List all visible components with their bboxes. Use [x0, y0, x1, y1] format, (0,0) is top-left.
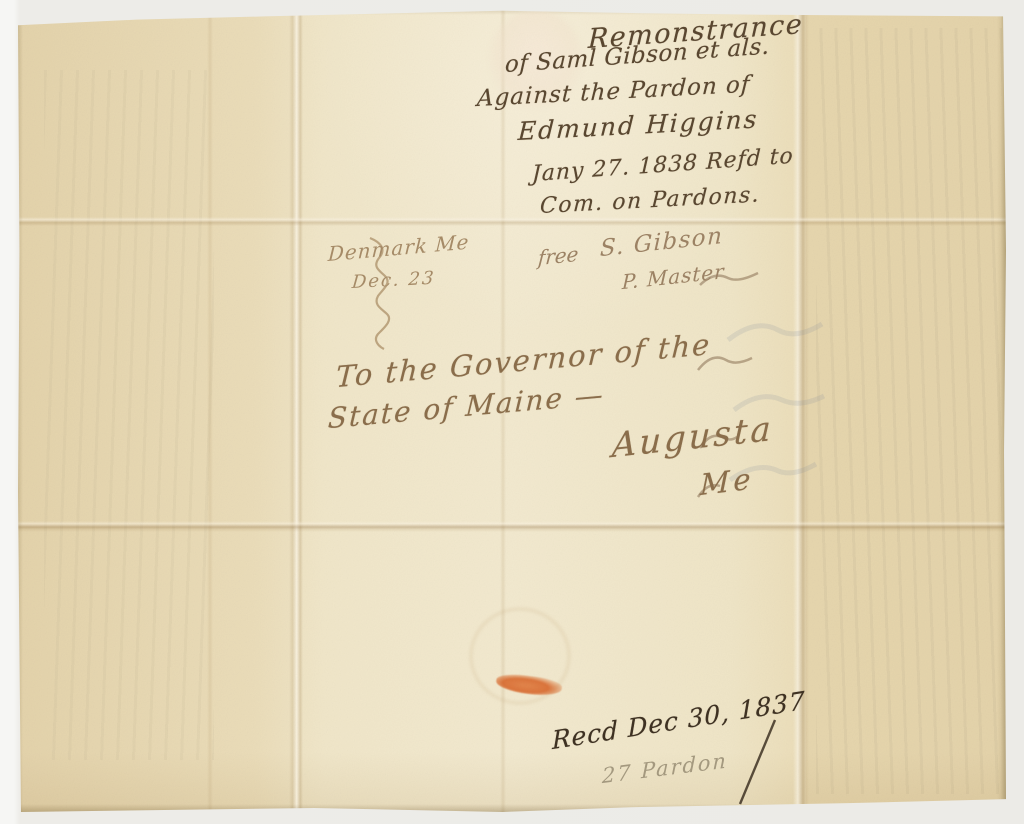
letter-paper: Remonstrance of Saml Gibson et als. Agai…	[18, 10, 1006, 812]
pencil-note: 27 Pardon	[602, 748, 728, 788]
address-state: Me	[700, 461, 755, 502]
docket-subject-line2: Edmund Higgins	[517, 104, 759, 146]
faint-bleed-script	[728, 324, 824, 480]
free-frank-label: free	[537, 242, 579, 271]
horizontal-fold-upper	[18, 217, 1006, 226]
wax-seal-remnant	[495, 672, 563, 698]
scanned-document: Remonstrance of Saml Gibson et als. Agai…	[0, 0, 1024, 824]
postmark-town: Denmark Me	[327, 230, 470, 267]
left-panel-shading	[18, 10, 296, 812]
vertical-fold-crease-left-faint	[207, 10, 213, 812]
date-flourish-slash	[740, 720, 775, 804]
horizontal-fold-lower	[18, 521, 1006, 532]
vertical-fold-left	[289, 10, 303, 812]
seal-impression-ring	[470, 608, 570, 704]
received-endorsement: Recd Dec 30, 1837	[552, 686, 806, 755]
docket-referral-committee: Com. on Pardons.	[539, 182, 761, 219]
docket-referral-date: Jany 27. 1838 Refd to	[532, 144, 795, 187]
paper-edge-right	[997, 10, 1006, 812]
paper-edge-left	[18, 10, 23, 812]
postmark-date: Dec. 23	[351, 268, 436, 293]
paper-edge-top	[18, 10, 1006, 15]
sender-signature: S. Gibson	[600, 223, 724, 262]
right-panel-shading	[806, 10, 1006, 812]
address-city: Augusta	[611, 409, 774, 466]
bleed-through-streaks-left	[44, 70, 214, 760]
bleed-through-streaks-right	[816, 28, 1002, 794]
sender-title: P. Master	[622, 259, 725, 294]
paper-edge-bottom	[18, 804, 1006, 812]
bottom-vignette	[18, 752, 1006, 812]
